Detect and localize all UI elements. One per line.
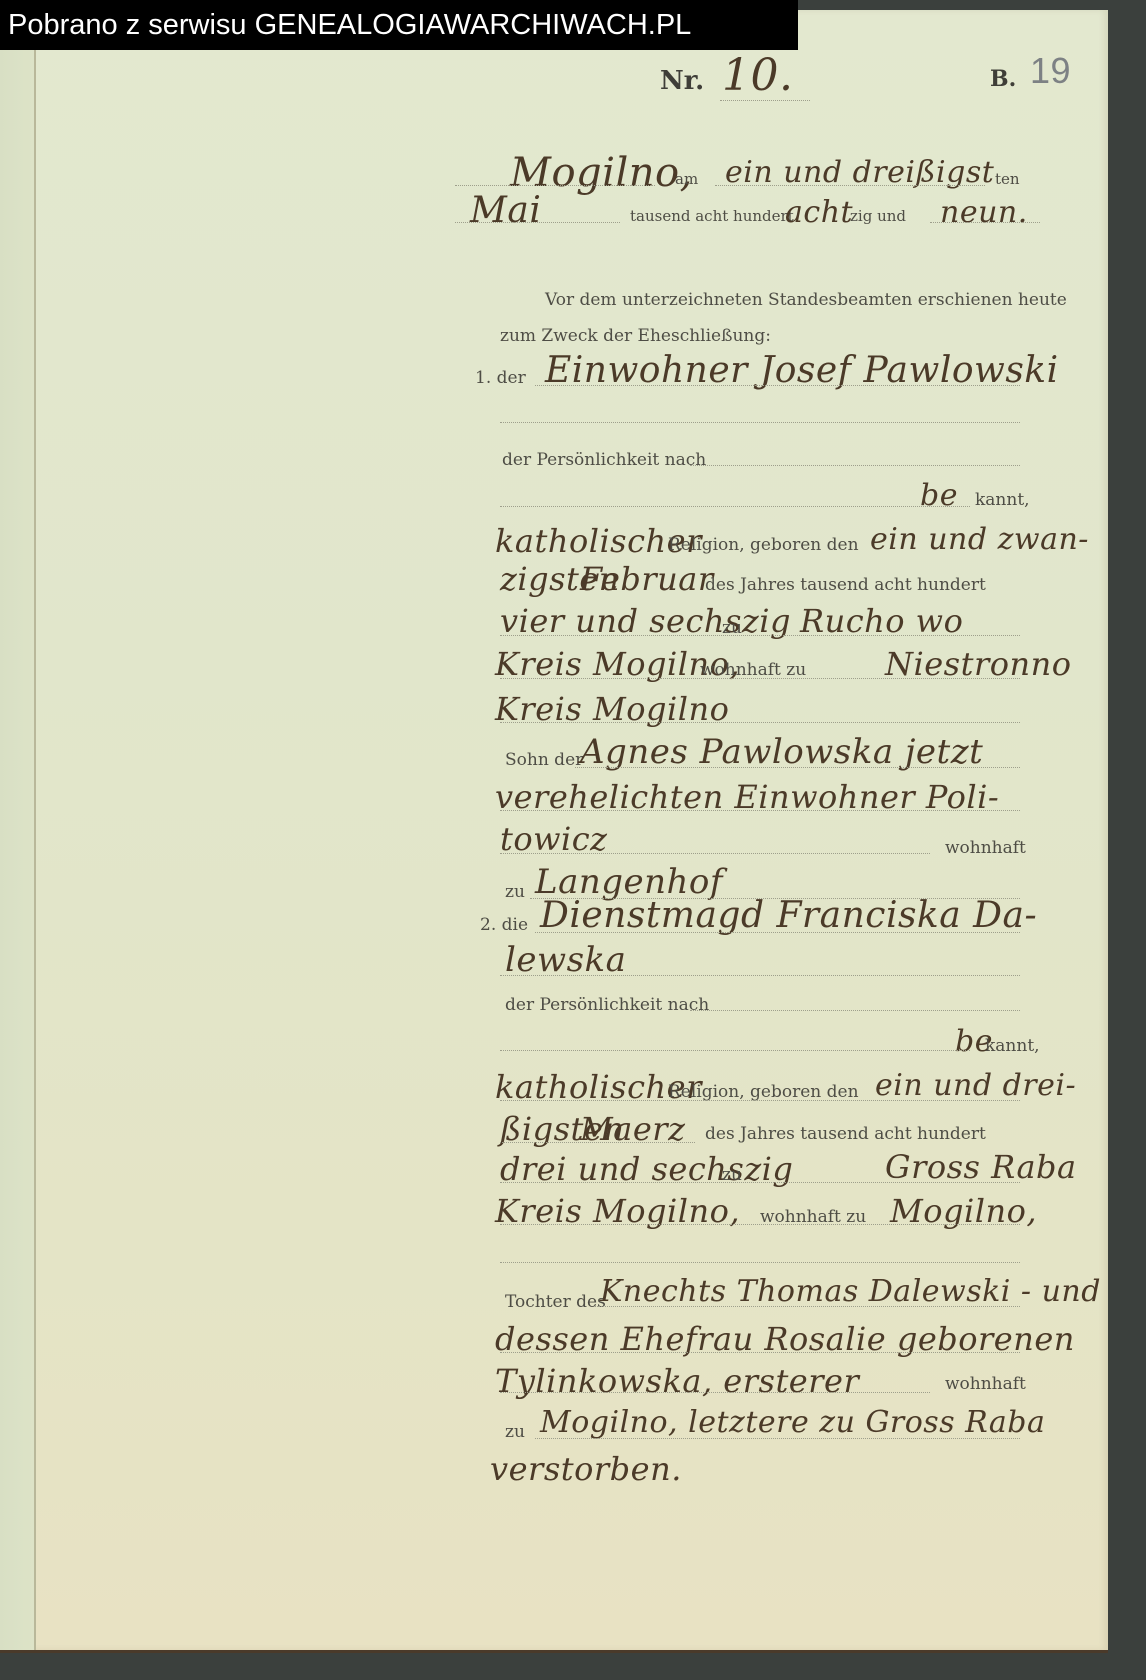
dotted-line xyxy=(720,100,810,101)
year-printed: tausend acht hundert xyxy=(630,207,794,225)
intro-line-1: Vor dem unterzeichneten Standesbeamten e… xyxy=(545,290,1067,310)
groom-birthday-1: ein und zwan- xyxy=(870,522,1089,557)
month-hand: Mai xyxy=(470,190,541,231)
dotted-line xyxy=(500,1392,930,1393)
bride-parents-1: Knechts Thomas Dalewski - und xyxy=(600,1274,1101,1309)
dotted-line xyxy=(500,422,1020,423)
groom-parents-wohnhaft-label: wohnhaft xyxy=(945,838,1026,858)
bride-tochter-label: Tochter des xyxy=(505,1292,606,1312)
bride-religion-label: Religion, geboren den xyxy=(668,1082,859,1102)
dotted-line xyxy=(455,222,620,223)
bride-parents-residence-2: verstorben. xyxy=(490,1450,682,1488)
bride-parents-residence: Mogilno, letztere zu Gross Raba xyxy=(540,1405,1045,1440)
dotted-line xyxy=(500,975,1020,976)
dotted-line xyxy=(500,722,1020,723)
bride-known-label: kannt, xyxy=(985,1036,1040,1056)
bride-name-hand-2: lewska xyxy=(505,940,626,980)
groom-known-label: kannt, xyxy=(975,490,1030,510)
dotted-line xyxy=(930,222,1040,223)
register-page: Nr. 10. B. 19 Mogilno, am ein und dreißi… xyxy=(0,10,1108,1653)
bride-name-hand: Dienstmagd Franciska Da- xyxy=(540,895,1037,936)
watermark-banner: Pobrano z serwisu GENEALOGIAWARCHIWACH.P… xyxy=(0,0,798,50)
binding-gutter xyxy=(0,10,36,1650)
groom-year-label: des Jahres tausend acht hundert xyxy=(705,575,986,595)
bride-parents-zu-label: zu xyxy=(505,1422,525,1442)
dotted-line xyxy=(500,1352,1020,1353)
bride-birth-place: Gross Raba xyxy=(885,1148,1077,1186)
dotted-line xyxy=(500,1224,1020,1225)
bride-parents-wohnhaft-label: wohnhaft xyxy=(945,1374,1026,1394)
dotted-line xyxy=(535,932,1020,933)
year-unit-hand: neun. xyxy=(940,195,1028,230)
groom-parents-1: Agnes Pawlowska jetzt xyxy=(580,732,983,772)
bride-birthday-1: ein und drei- xyxy=(875,1068,1076,1103)
register-letter: B. xyxy=(990,66,1016,92)
dotted-line xyxy=(690,1010,1020,1011)
groom-identity-label: der Persönlichkeit nach xyxy=(502,450,706,470)
dotted-line xyxy=(500,810,1020,811)
dotted-line xyxy=(500,1262,1020,1263)
dotted-line xyxy=(535,385,1020,386)
zig-und-label: zig und xyxy=(850,207,906,225)
dotted-line xyxy=(500,678,1020,679)
dotted-line xyxy=(500,1142,695,1143)
dotted-line xyxy=(500,1050,970,1051)
dotted-line xyxy=(690,465,1020,466)
am-label: am xyxy=(675,170,698,188)
dotted-line xyxy=(500,506,970,507)
nr-label: Nr. xyxy=(660,66,704,96)
ten-label: ten xyxy=(995,170,1020,188)
dotted-line xyxy=(715,185,985,186)
bride-parents-3: Tylinkowska, ersterer xyxy=(495,1362,859,1400)
record-number: 10. xyxy=(722,50,793,101)
groom-number-label: 1. der xyxy=(475,368,526,388)
bride-number-label: 2. die xyxy=(480,915,528,935)
bride-identity-label: der Persönlichkeit nach xyxy=(505,995,709,1015)
groom-religion-label: Religion, geboren den xyxy=(668,535,859,555)
groom-parents-zu-label: zu xyxy=(505,882,525,902)
groom-birth-month: Februar xyxy=(580,560,714,598)
dotted-line xyxy=(500,1182,1020,1183)
scan-background: Nr. 10. B. 19 Mogilno, am ein und dreißi… xyxy=(0,0,1146,1680)
decade-hand: acht xyxy=(785,195,853,230)
groom-sohn-label: Sohn der xyxy=(505,750,583,770)
bride-year-label: des Jahres tausend acht hundert xyxy=(705,1124,986,1144)
groom-known-hand: be xyxy=(920,478,958,513)
dotted-line xyxy=(455,185,655,186)
dotted-line xyxy=(535,1438,1020,1439)
groom-wohnhaft-zu-label: wohnhaft zu xyxy=(700,660,806,680)
dotted-line xyxy=(500,635,1020,636)
dotted-line xyxy=(500,853,930,854)
dotted-line xyxy=(575,767,1020,768)
intro-line-2: zum Zweck der Eheschließung: xyxy=(500,326,771,346)
dotted-line xyxy=(595,1306,1020,1307)
page-number: 19 xyxy=(1030,50,1071,92)
dotted-line xyxy=(500,1100,1020,1101)
